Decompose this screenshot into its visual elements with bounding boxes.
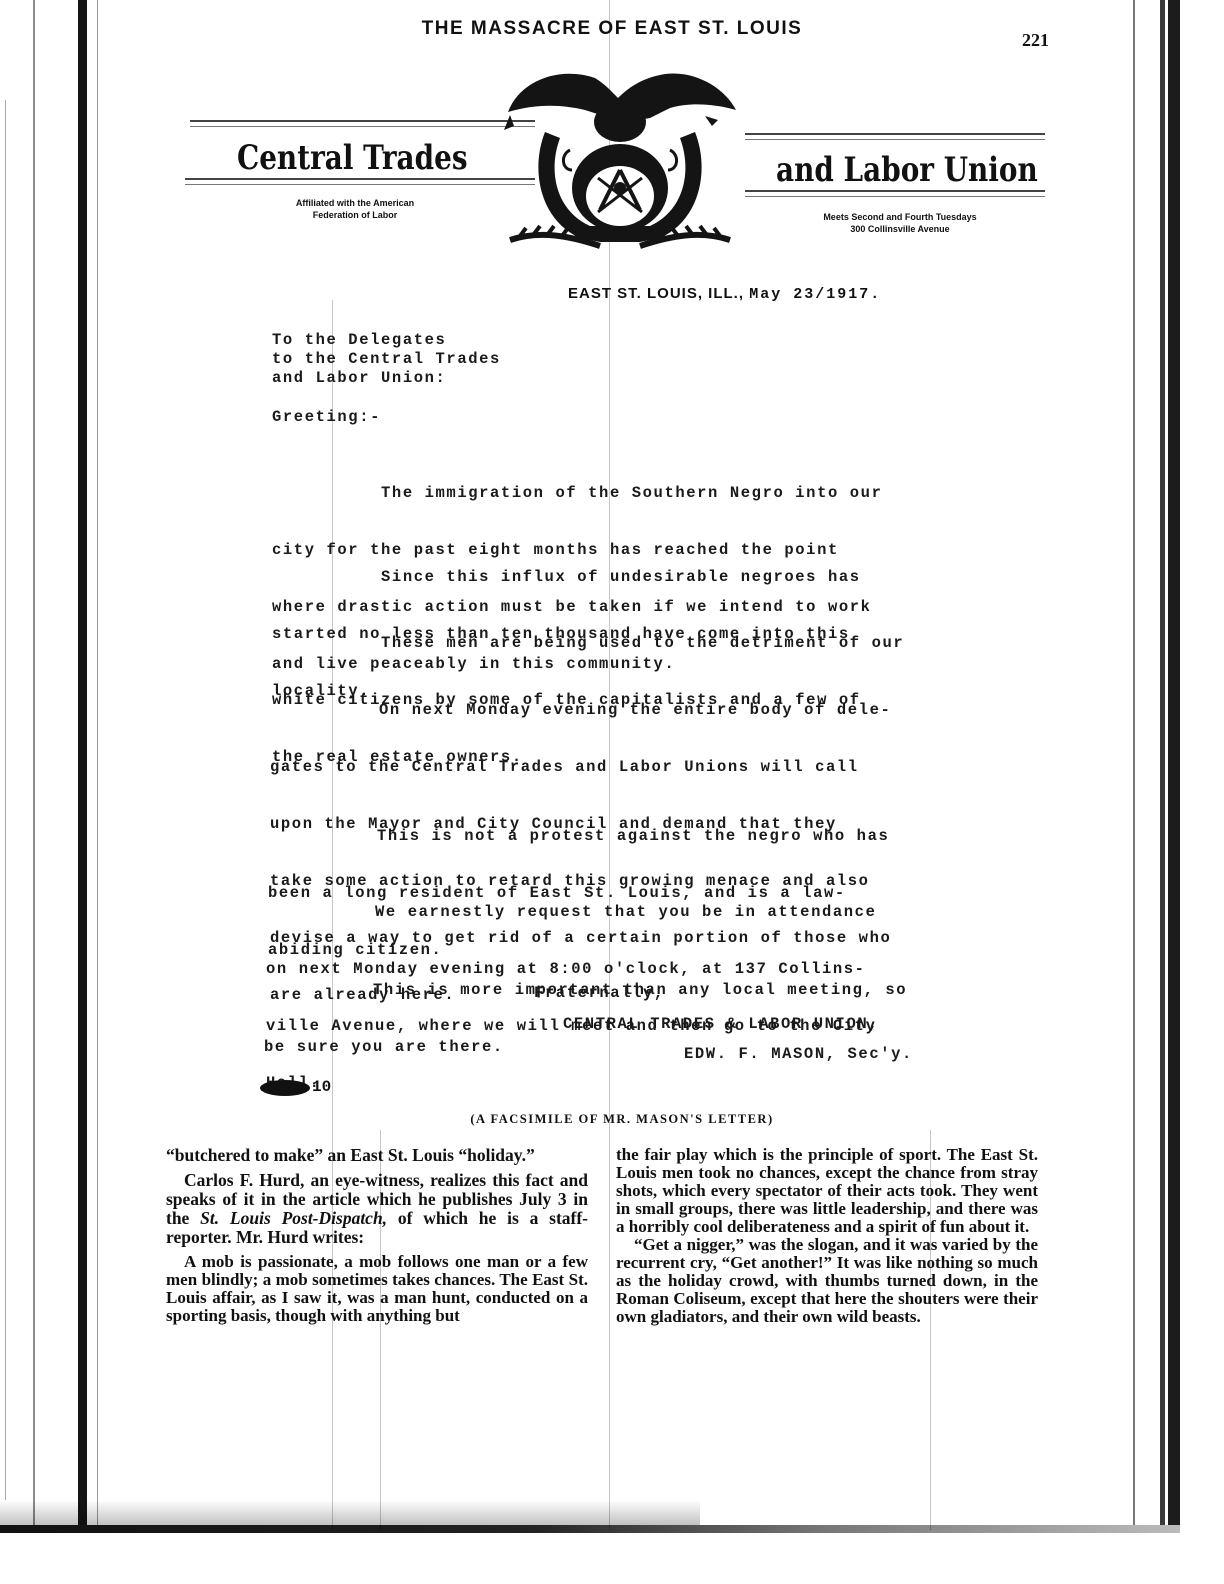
eagle-emblem-icon <box>500 60 740 255</box>
ink-blot <box>260 1080 310 1096</box>
scan-edge-line <box>5 100 6 1500</box>
letter-line: On next Monday evening the entire body o… <box>270 701 891 720</box>
closing: Fraternally, <box>534 984 665 1003</box>
address-line: and Labor Union: <box>272 369 501 388</box>
letter-line: Since this influx of undesirable negroes… <box>272 568 861 587</box>
letter-line: This is not a protest against the negro … <box>268 827 889 846</box>
dateline: EAST ST. LOUIS, ILL., May 23/1917. <box>568 285 881 303</box>
scan-bottom-shadow <box>0 1500 700 1526</box>
signature-organization: CENTRAL TRADES & LABOR UNION, <box>563 1015 879 1034</box>
letter-line: The immigration of the Southern Negro in… <box>272 484 882 503</box>
publication-title: St. Louis Post-Dispatch, <box>200 1208 387 1228</box>
body-paragraph: Carlos F. Hurd, an eye-witness, realizes… <box>166 1171 588 1247</box>
meetings-line: 300 Collinsville Avenue <box>775 223 1025 235</box>
address-line: to the Central Trades <box>272 350 501 369</box>
dateline-place: EAST ST. LOUIS, ILL., <box>568 285 744 302</box>
letterhead-rule <box>745 133 1045 140</box>
binding-shadow <box>1168 0 1180 1530</box>
meetings-note: Meets Second and Fourth Tuesdays 300 Col… <box>775 211 1025 235</box>
greeting: Greeting:- <box>272 408 381 427</box>
affiliation-line: Federation of Labor <box>230 209 480 221</box>
address-line: To the Delegates <box>272 331 501 350</box>
scanned-page: THE MASSACRE OF EAST ST. LOUIS 221 Centr… <box>0 0 1224 1584</box>
letterhead-rule <box>190 120 535 127</box>
letter-line: These men are being used to the detrimen… <box>272 634 904 653</box>
letter-line: We earnestly request that you be in atte… <box>266 903 876 922</box>
letterhead-rule <box>185 178 535 185</box>
dateline-date: May 23/1917. <box>749 286 881 303</box>
body-paragraph: “butchered to make” an East St. Louis “h… <box>166 1146 588 1165</box>
letterhead-rule <box>745 190 1045 197</box>
binding-shadow <box>1160 0 1165 1530</box>
scan-edge-line <box>97 0 98 1530</box>
binding-shadow <box>78 0 87 1530</box>
address-block: To the Delegates to the Central Trades a… <box>272 331 501 388</box>
meetings-line: Meets Second and Fourth Tuesdays <box>775 211 1025 223</box>
page-number: 221 <box>1022 30 1049 51</box>
affiliation-line: Affiliated with the American <box>230 197 480 209</box>
affiliation-note: Affiliated with the American Federation … <box>230 197 480 221</box>
scan-bottom-edge <box>0 1525 1180 1533</box>
letterhead-title-right: and Labor Union <box>776 150 1038 190</box>
block-quote: “Get a nigger,” was the slogan, and it w… <box>616 1236 1038 1326</box>
scan-edge-line <box>1133 0 1135 1530</box>
scan-edge-line <box>33 0 35 1530</box>
left-column: “butchered to make” an East St. Louis “h… <box>166 1146 588 1325</box>
block-quote: the fair play which is the principle of … <box>616 1146 1038 1236</box>
right-column: the fair play which is the principle of … <box>616 1146 1038 1326</box>
letterhead-title-left: Central Trades <box>237 138 468 178</box>
margin-mark: 10 <box>312 1078 331 1096</box>
block-quote: A mob is passionate, a mob follows one m… <box>166 1253 588 1325</box>
figure-caption: (A FACSIMILE OF MR. MASON'S LETTER) <box>0 1112 1224 1127</box>
signature-name: EDW. F. MASON, Sec'y. <box>684 1045 913 1064</box>
letter-line: gates to the Central Trades and Labor Un… <box>270 758 891 777</box>
